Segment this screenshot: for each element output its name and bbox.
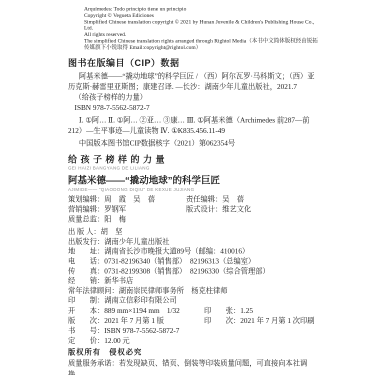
publication-row: 经 销： 新华书店 (68, 277, 319, 287)
rights-notice: 版权所有 侵权必究 (68, 347, 319, 358)
scale-wrapper: Arquímedes: Todo principio tiene un prin… (0, 0, 375, 375)
credit-label: 营销编辑： (68, 205, 104, 215)
spec-value: ISBN 978-7-5562-5872-7 (104, 326, 179, 336)
spec-label: 定 价： (68, 336, 104, 346)
publication-label: 出 版 人： (68, 228, 101, 238)
print-spec-row: 版 次： 2021 年 7 月第 1 版 印 次： 2021 年 7 月第 1 … (68, 316, 319, 326)
publication-label: 常年法律顾问： (68, 286, 119, 296)
cip-classification: Ⅰ. ①阿… Ⅱ. ①阿… ②亚… ③康… Ⅲ. ①阿基米德（Archimede… (68, 116, 319, 137)
publication-value: 湖南崇民律师事务所 杨克柱律师 (119, 286, 228, 296)
publication-row: 常年法律顾问： 湖南崇民律师事务所 杨克柱律师 (68, 286, 319, 296)
publication-value: 湖南立信彩印有限公司 (104, 296, 177, 306)
credits-row: 策划编辑： 周 霞 吴 蓓 责任编辑： 吴 蓓 (68, 195, 319, 205)
publication-value: 0731-82199308（销售部） 82196330（综合管理部） (104, 267, 270, 277)
credit-value: 罗钢军 (104, 205, 126, 215)
print-spec-row: 定 价： 12.00 元 (68, 336, 319, 346)
credits-row: 质量总监： 阳 梅 (68, 215, 319, 225)
cip-heading: 图书在版编目（CIP）数据 (68, 58, 319, 69)
colophon-page: Arquímedes: Todo principio tiene un prin… (0, 0, 375, 375)
publication-value: 湖南省长沙市晚报大道89号（邮编：410016） (104, 247, 249, 257)
book-title: 阿基米德——“撬动地球”的科学巨匠 (68, 175, 319, 187)
credit-value: 周 霞 吴 蓓 (104, 195, 155, 205)
spec-value: 2021 年 7 月第 1 次印刷 (240, 316, 314, 326)
credit-label: 质量总监： (68, 215, 104, 225)
print-spec-row: 开 本： 889 mm×1194 mm 1/32 印 张： 1.25 (68, 306, 319, 316)
publication-row: 电 话： 0731-82196340（销售部） 82196313（总编室） (68, 257, 319, 267)
publication-label: 出版发行： (68, 237, 104, 247)
cip-entry: 阿基米德——“撬动地球”的科学巨匠 / （西）阿尔瓦罗·马科斯文；（西）亚历克斯… (68, 72, 319, 93)
footer-block: 版权所有 侵权必究 质量服务承诺：若发现缺页、错页、倒装等印装质量问题，可直接向… (68, 347, 319, 375)
credit-value: 吴 蓓 (222, 195, 244, 205)
spec-value: 1.25 (240, 306, 253, 316)
credit-value: 阳 梅 (104, 215, 126, 225)
series-title-pinyin: GEI HAIZI BANGYANG DE LILIANG (68, 165, 319, 171)
publication-value: 新华书店 (104, 277, 133, 287)
publication-label: 经 销： (68, 277, 104, 287)
credit-value: 维艺文化 (222, 205, 251, 215)
credits-block: 策划编辑： 周 霞 吴 蓓 责任编辑： 吴 蓓 营销编辑： 罗钢军 版式设计： … (68, 195, 319, 225)
publication-row: 地 址： 湖南省长沙市晚报大道89号（邮编：410016） (68, 247, 319, 257)
credit-label: 策划编辑： (68, 195, 104, 205)
spec-label: 印 张： (204, 306, 240, 316)
cip-registry-number: 中国版本图书馆CIP数据核字（2021）第062354号 (68, 139, 319, 150)
publication-label: 电 话： (68, 257, 104, 267)
publication-value: 0731-82196340（销售部） 82196313（总编室） (104, 257, 255, 267)
publication-label: 传 真： (68, 267, 104, 277)
publication-value: 湖南少年儿童出版社 (104, 237, 169, 247)
publication-label: 地 址： (68, 247, 104, 257)
publication-row: 传 真： 0731-82199308（销售部） 82196330（综合管理部） (68, 267, 319, 277)
publication-value: 胡 坚 (101, 228, 123, 238)
credits-row: 营销编辑： 罗钢军 版式设计： 维艺文化 (68, 205, 319, 215)
print-spec-block: 开 本： 889 mm×1194 mm 1/32 印 张： 1.25 版 次： … (68, 306, 319, 346)
publication-block: 出 版 人： 胡 坚 出版发行： 湖南少年儿童出版社 地 址： 湖南省长沙市晚报… (68, 228, 319, 306)
license-line: The simplified Chinese translation right… (84, 38, 319, 51)
cip-isbn: ISBN 978-7-5562-5872-7 (68, 103, 319, 114)
cip-series-note: （给孩子榜样的力量） (68, 93, 319, 104)
publication-row: 出 版 人： 胡 坚 (68, 228, 319, 238)
spec-label: 开 本： (68, 306, 104, 316)
license-line: Simplified Chinese translation copyright… (84, 19, 319, 32)
publication-row: 出版发行： 湖南少年儿童出版社 (68, 237, 319, 247)
series-title: 给孩子榜样的力量 (68, 154, 319, 165)
quality-notice: 质量服务承诺：若发现缺页、错页、倒装等印装质量问题，可直接向本社调换。 (68, 358, 319, 375)
spec-label: 书 号： (68, 326, 104, 336)
spec-value: 12.00 元 (104, 336, 129, 346)
print-spec-row: 书 号： ISBN 978-7-5562-5872-7 (68, 326, 319, 336)
license-block: Arquímedes: Todo principio tiene un prin… (84, 6, 319, 51)
spec-label: 版 次： (68, 316, 104, 326)
book-title-pinyin: AJIMIDE—— “QIAODONG DIQIU” DE KEXUE JUJI… (68, 187, 319, 193)
publication-row: 印 制： 湖南立信彩印有限公司 (68, 296, 319, 306)
credit-label: 版式设计： (186, 205, 222, 215)
spec-label: 印 次： (204, 316, 240, 326)
spec-value: 2021 年 7 月第 1 版 (104, 316, 164, 326)
publication-label: 印 制： (68, 296, 104, 306)
credit-label: 责任编辑： (186, 195, 222, 205)
spec-value: 889 mm×1194 mm 1/32 (104, 306, 180, 316)
